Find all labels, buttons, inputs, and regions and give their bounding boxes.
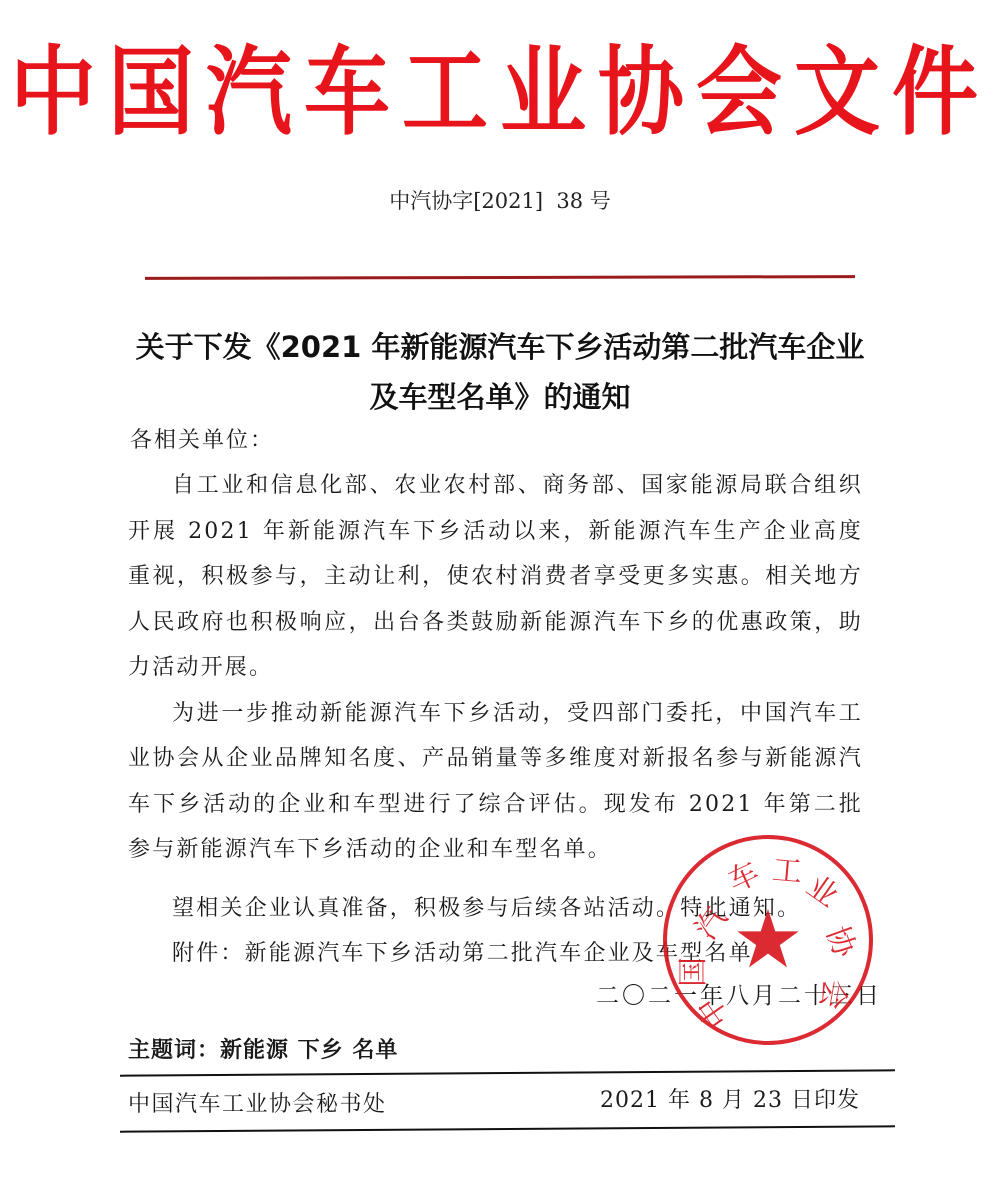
- body-text: 自工业和信息化部、农业农村部、商务部、国家能源局联合组织开展 2021 年新能源…: [128, 463, 863, 873]
- star-icon: ★: [732, 900, 804, 980]
- seal-char: 汽: [691, 903, 733, 945]
- red-separator-line: [145, 275, 855, 280]
- masthead-title: 中国汽车工业协会文件: [0, 31, 1000, 154]
- seal-char: 车: [724, 858, 764, 898]
- salutation: 各相关单位：: [130, 425, 274, 457]
- seal-char: 会: [815, 977, 850, 1012]
- official-seal: 汽 车 工 业 协 会 国 中 ★: [663, 835, 873, 1045]
- notice-title-line-1: 关于下发《2021 年新能源汽车下乡活动第二批汽车企业: [100, 322, 900, 372]
- subject-keywords: 主题词：新能源 下乡 名单: [128, 1034, 398, 1068]
- seal-char: 国: [679, 957, 709, 987]
- seal-char: 工: [771, 856, 804, 889]
- printed-date: 2021 年 8 月 23 日印发: [600, 1084, 860, 1118]
- notice-title-line-2: 及车型名单》的通知: [100, 372, 900, 422]
- footer-divider-bottom: [120, 1125, 895, 1132]
- seal-char: 协: [821, 923, 859, 961]
- notice-title: 关于下发《2021 年新能源汽车下乡活动第二批汽车企业 及车型名单》的通知: [100, 322, 900, 422]
- document-number: 中汽协字[2021] 38 号: [0, 186, 1000, 216]
- body-paragraph-1: 自工业和信息化部、农业农村部、商务部、国家能源局联合组织开展 2021 年新能源…: [128, 463, 863, 691]
- seal-char: 业: [801, 871, 843, 913]
- footer-divider-top: [120, 1069, 895, 1076]
- issuing-office: 中国汽车工业协会秘书处: [128, 1088, 387, 1122]
- seal-char: 中: [693, 991, 735, 1033]
